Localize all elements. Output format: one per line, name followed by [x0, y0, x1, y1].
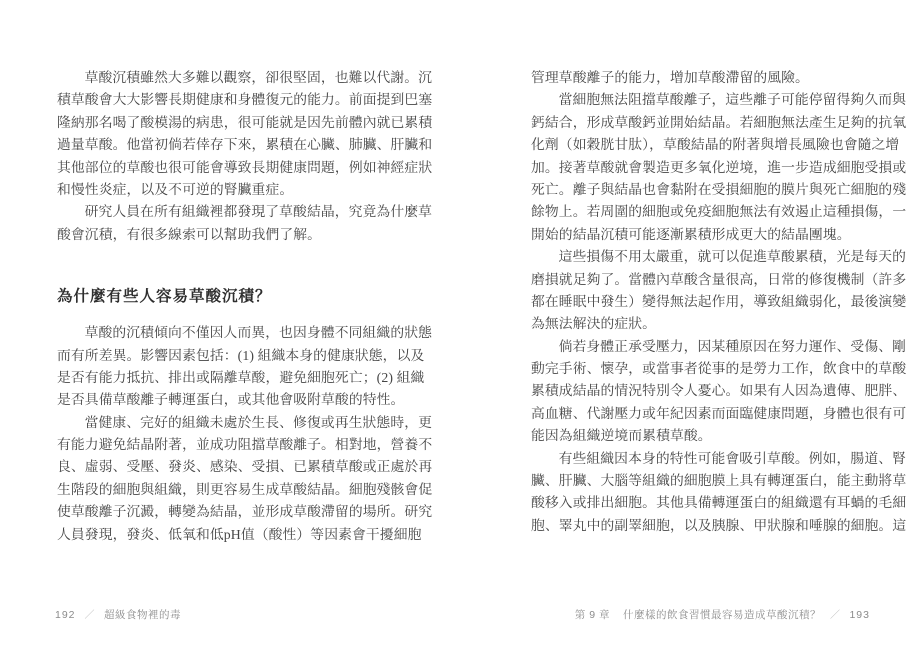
section-heading: 為什麼有些人容易草酸沉積？: [57, 284, 429, 310]
text-line: 動完手術、懷孕，或當事者從事的是勞力工作，飲食中的草酸: [531, 358, 905, 380]
text-line: 都在睡眠中發生）變得無法起作用，導致組織弱化，最後演變: [531, 291, 905, 313]
page-left-body: 草酸沉積雖然大多難以觀察，卻很堅固，也難以代謝。沉積草酸會大大影響長期健康和身體…: [57, 67, 429, 546]
text-line: 人員發現，發炎、低氧和低pH值（酸性）等因素會干擾細胞: [57, 524, 429, 546]
text-line: 積草酸會大大影響長期健康和身體復元的能力。前面提到巴塞: [57, 89, 429, 111]
text-line: 開始的結晶沉積可能逐漸累積形成更大的結晶團塊。: [531, 224, 905, 246]
page-number-right: 193: [849, 609, 870, 621]
text-line: 有能力避免結晶附著，並成功阻擋草酸離子。相對地，營養不: [57, 434, 429, 456]
text-line: 草酸沉積雖然大多難以觀察，卻很堅固，也難以代謝。沉: [57, 67, 429, 89]
text-line: 有些組織因本身的特性可能會吸引草酸。例如，腸道、腎: [531, 448, 905, 470]
text-line: 倘若身體正承受壓力，因某種原因在努力運作、受傷、剛: [531, 336, 905, 358]
footer-left: 192／超級食物裡的毒: [55, 606, 181, 622]
footer-right: 第 9 章什麼樣的飲食習慣最容易造成草酸沉積？／193: [575, 606, 870, 622]
chapter-label: 第 9 章: [575, 609, 610, 621]
text-line: 為無法解決的症狀。: [531, 313, 905, 335]
text-line: 當健康、完好的組織未處於生長、修復或再生狀態時，更: [57, 412, 429, 434]
text-line: 其他部位的草酸也很可能會導致長期健康問題，例如神經症狀: [57, 157, 429, 179]
text-line: 是否有能力抵抗、排出或隔離草酸，避免細胞死亡；(2) 組織: [57, 367, 429, 389]
text-line: 過量草酸。他當初倘若倖存下來，累積在心臟、肺臟、肝臟和: [57, 134, 429, 156]
text-line: 使草酸離子沉澱，轉變為結晶，並形成草酸滯留的場所。研究: [57, 501, 429, 523]
text-line: 臟、肝臟、大腦等組織的細胞膜上具有轉運蛋白，能主動將草: [531, 470, 905, 492]
text-line: 累積成結晶的情況特別令人憂心。如果有人因為遺傳、肥胖、: [531, 380, 905, 402]
text-line: 隆納那名喝了酸模湯的病患，很可能就是因先前體內就已累積: [57, 112, 429, 134]
text-line: 這些損傷不用太嚴重，就可以促進草酸累積，光是每天的: [531, 246, 905, 268]
text-line: 酸會沉積，有很多線索可以幫助我們了解。: [57, 224, 429, 246]
text-line: 而有所差異。影響因素包括：(1) 組織本身的健康狀態，以及: [57, 345, 429, 367]
text-line: 磨損就足夠了。當體內草酸含量很高，日常的修復機制（許多: [531, 269, 905, 291]
book-spread: 草酸沉積雖然大多難以觀察，卻很堅固，也難以代謝。沉積草酸會大大影響長期健康和身體…: [0, 0, 917, 651]
book-title: 超級食物裡的毒: [104, 609, 181, 621]
text-line: 管理草酸離子的能力，增加草酸滯留的風險。: [531, 67, 905, 89]
text-line: 胞、睪丸中的副睪細胞，以及胰腺、甲狀腺和唾腺的細胞。這: [531, 515, 905, 537]
text-line: 和慢性炎症，以及不可逆的腎臟重症。: [57, 179, 429, 201]
text-line: 能因為組織逆境而累積草酸。: [531, 425, 905, 447]
text-line: 草酸的沉積傾向不僅因人而異，也因身體不同組織的狀態: [57, 322, 429, 344]
text-line: 良、虛弱、受壓、發炎、感染、受損、已累積草酸或正處於再: [57, 456, 429, 478]
text-line: 研究人員在所有組織裡都發現了草酸結晶，究竟為什麼草: [57, 201, 429, 223]
text-line: 加。接著草酸就會製造更多氧化逆境，進一步造成細胞受損或: [531, 157, 905, 179]
chapter-title: 什麼樣的飲食習慣最容易造成草酸沉積？: [623, 609, 821, 621]
text-line: 生階段的細胞與組織，則更容易生成草酸結晶。細胞殘骸會促: [57, 479, 429, 501]
text-line: 酸移入或排出細胞。其他具備轉運蛋白的組織還有耳蝸的毛細: [531, 492, 905, 514]
page-right-body: 管理草酸離子的能力，增加草酸滯留的風險。當細胞無法阻擋草酸離子，這些離子可能停留…: [531, 67, 905, 537]
text-line: 化劑（如穀胱甘肽），草酸結晶的附著與增長風險也會隨之增: [531, 134, 905, 156]
text-line: 高血糖、代謝壓力或年紀因素而面臨健康問題，身體也很有可: [531, 403, 905, 425]
text-line: 餘物上。若周圍的細胞或免疫細胞無法有效遏止這種損傷，一: [531, 201, 905, 223]
text-line: 鈣結合，形成草酸鈣並開始結晶。若細胞無法產生足夠的抗氧: [531, 112, 905, 134]
text-line: 是否具備草酸離子轉運蛋白，或其他會吸附草酸的特性。: [57, 389, 429, 411]
text-line: 死亡。離子與結晶也會黏附在受損細胞的膜片與死亡細胞的殘: [531, 179, 905, 201]
text-line: 當細胞無法阻擋草酸離子，這些離子可能停留得夠久而與: [531, 89, 905, 111]
footer-separator-right: ／: [830, 610, 841, 621]
footer-separator-left: ／: [85, 610, 96, 621]
page-number-left: 192: [55, 609, 76, 621]
